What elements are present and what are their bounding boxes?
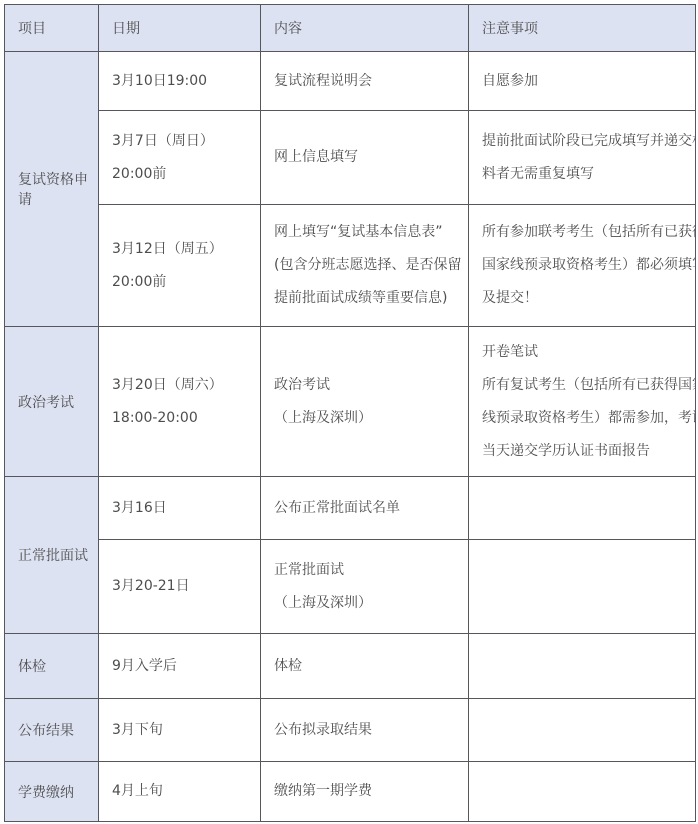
table-row: 公布结果 3月下旬 公布拟录取结果 <box>5 699 696 762</box>
cell-text-line: 复试流程说明会 <box>274 65 462 98</box>
content-cell: 公布拟录取结果 <box>261 699 469 762</box>
cell-text-line: 20:00前 <box>112 158 254 191</box>
notes-cell: 提前批面试阶段已完成填写并递交材料者无需重复填写 <box>469 111 696 205</box>
cell-text-line: 自愿参加 <box>482 65 689 98</box>
cell-text-line: 国家线预录取资格考生）都必须填写 <box>482 249 689 282</box>
cell-text-line: 3月16日 <box>112 492 254 525</box>
content-cell: 复试流程说明会 <box>261 52 469 111</box>
table-row: 复试资格申请 3月10日19:00 复试流程说明会 自愿参加 <box>5 52 696 111</box>
content-cell: 网上信息填写 <box>261 111 469 205</box>
group-label-cell: 公布结果 <box>5 699 99 762</box>
cell-text-line: 线预录取资格考生）都需参加，考试 <box>482 402 689 435</box>
cell-text-line: 开卷笔试 <box>482 336 689 369</box>
date-cell: 3月10日19:00 <box>99 52 261 111</box>
notes-cell: 自愿参加 <box>469 52 696 111</box>
date-cell: 9月入学后 <box>99 634 261 699</box>
page: 项目 日期 内容 注意事项 复试资格申请 3月10日19:00 复试流程说明会 … <box>0 0 698 824</box>
schedule-table: 项目 日期 内容 注意事项 复试资格申请 3月10日19:00 复试流程说明会 … <box>4 4 696 822</box>
header-notes: 注意事项 <box>469 5 696 52</box>
cell-text-line: 3月20日（周六） <box>112 369 254 402</box>
cell-text-line: 网上填写“复试基本信息表” <box>274 216 462 249</box>
notes-cell: 所有参加联考考生（包括所有已获得国家线预录取资格考生）都必须填写及提交！ <box>469 205 696 327</box>
notes-cell: 开卷笔试所有复试考生（包括所有已获得国家线预录取资格考生）都需参加，考试当天递交… <box>469 327 696 477</box>
cell-text-line: 所有参加联考考生（包括所有已获得 <box>482 216 689 249</box>
date-cell: 4月上旬 <box>99 762 261 822</box>
cell-text-line: 政治考试 <box>274 369 462 402</box>
cell-text-line: 3月7日（周日） <box>112 125 254 158</box>
content-cell: 缴纳第一期学费 <box>261 762 469 822</box>
table-row: 体检 9月入学后 体检 <box>5 634 696 699</box>
notes-cell <box>469 699 696 762</box>
date-cell: 3月16日 <box>99 477 261 540</box>
header-date: 日期 <box>99 5 261 52</box>
table-row: 3月12日（周五）20:00前 网上填写“复试基本信息表”(包含分班志愿选择、是… <box>5 205 696 327</box>
table-row: 学费缴纳 4月上旬 缴纳第一期学费 <box>5 762 696 822</box>
cell-text-line: 4月上旬 <box>112 775 254 808</box>
cell-text-line: 3月下旬 <box>112 714 254 747</box>
content-cell: 正常批面试（上海及深圳） <box>261 540 469 634</box>
group-label-cell: 政治考试 <box>5 327 99 477</box>
cell-text-line: 公布拟录取结果 <box>274 714 462 747</box>
group-label-cell: 体检 <box>5 634 99 699</box>
cell-text-line: 提前批面试阶段已完成填写并递交材 <box>482 125 689 158</box>
cell-text-line: (包含分班志愿选择、是否保留 <box>274 249 462 282</box>
table-row: 3月20-21日 正常批面试（上海及深圳） <box>5 540 696 634</box>
cell-text-line: 18:00-20:00 <box>112 402 254 435</box>
table-row: 政治考试 3月20日（周六）18:00-20:00 政治考试（上海及深圳） 开卷… <box>5 327 696 477</box>
notes-cell <box>469 762 696 822</box>
content-cell: 政治考试（上海及深圳） <box>261 327 469 477</box>
cell-text-line: 缴纳第一期学费 <box>274 775 462 808</box>
content-cell: 体检 <box>261 634 469 699</box>
cell-text-line: 正常批面试 <box>274 554 462 587</box>
content-cell: 网上填写“复试基本信息表”(包含分班志愿选择、是否保留提前批面试成绩等重要信息) <box>261 205 469 327</box>
cell-text-line: （上海及深圳） <box>274 587 462 620</box>
table-row: 正常批面试 3月16日 公布正常批面试名单 <box>5 477 696 540</box>
cell-text-line: 3月12日（周五） <box>112 233 254 266</box>
cell-text-line: 3月10日19:00 <box>112 65 254 98</box>
date-cell: 3月12日（周五）20:00前 <box>99 205 261 327</box>
notes-cell <box>469 634 696 699</box>
date-cell: 3月7日（周日）20:00前 <box>99 111 261 205</box>
date-cell: 3月下旬 <box>99 699 261 762</box>
date-cell: 3月20日（周六）18:00-20:00 <box>99 327 261 477</box>
cell-text-line: 公布正常批面试名单 <box>274 492 462 525</box>
table-row: 3月7日（周日）20:00前 网上信息填写 提前批面试阶段已完成填写并递交材料者… <box>5 111 696 205</box>
date-cell: 3月20-21日 <box>99 540 261 634</box>
group-label-cell: 正常批面试 <box>5 477 99 634</box>
notes-cell <box>469 540 696 634</box>
header-content: 内容 <box>261 5 469 52</box>
cell-text-line: 20:00前 <box>112 266 254 299</box>
cell-text-line: 及提交！ <box>482 282 689 315</box>
notes-cell <box>469 477 696 540</box>
cell-text-line: （上海及深圳） <box>274 402 462 435</box>
cell-text-line: 提前批面试成绩等重要信息) <box>274 282 462 315</box>
group-label-cell: 学费缴纳 <box>5 762 99 822</box>
cell-text-line: 体检 <box>274 650 462 683</box>
cell-text-line: 料者无需重复填写 <box>482 158 689 191</box>
header-item: 项目 <box>5 5 99 52</box>
table-header-row: 项目 日期 内容 注意事项 <box>5 5 696 52</box>
cell-text-line: 当天递交学历认证书面报告 <box>482 435 689 468</box>
content-cell: 公布正常批面试名单 <box>261 477 469 540</box>
cell-text-line: 3月20-21日 <box>112 570 254 603</box>
cell-text-line: 9月入学后 <box>112 650 254 683</box>
cell-text-line: 网上信息填写 <box>274 141 462 174</box>
group-label-cell: 复试资格申请 <box>5 52 99 327</box>
cell-text-line: 所有复试考生（包括所有已获得国家 <box>482 369 689 402</box>
